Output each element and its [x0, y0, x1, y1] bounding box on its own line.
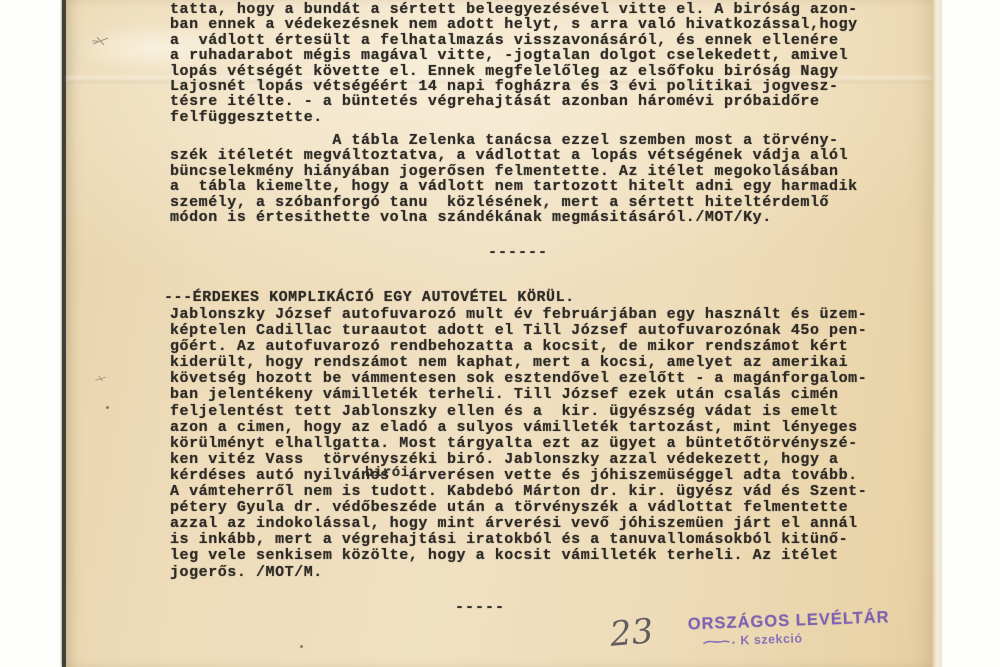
text-line: képtelen Cadillac turaautot adott el Til… — [170, 323, 867, 339]
text-line: a vádlott értesült a felhatalmazás vissz… — [170, 33, 858, 48]
text-line: a tábla kiemelte, hogy a vádlott nem tar… — [170, 179, 858, 194]
handwritten-page-number: 23 — [609, 614, 655, 652]
section-separator: ----- — [455, 600, 505, 615]
paragraph-tabla-decision: A tábla Zelenka tanácsa ezzel szemben mo… — [170, 133, 858, 225]
text-line: ban jelentékeny vámilleték terheli. Till… — [170, 387, 867, 403]
pencil-mark — [92, 34, 110, 46]
text-line: tésre itélte. - a büntetés végrehajtását… — [170, 94, 858, 109]
text-line: módon is értesithette volna szándékának … — [170, 210, 858, 225]
overtyped-word: birói — [365, 466, 410, 480]
text-line: azon a cimen, hogy az eladó a sulyos vám… — [170, 420, 867, 436]
text-line: feljelentést tett Jablonszky ellen és a … — [170, 404, 867, 420]
text-line: szék itéletét megváltoztatva, a vádlotta… — [170, 148, 858, 163]
text-line: ban ennek a védekezésnek nem adott helyt… — [170, 17, 858, 32]
text-line: gőért. Az autofuvarozó rendbehozatta a k… — [170, 339, 867, 355]
text-line: azzal az indokolással, hogy mint árverés… — [170, 516, 867, 532]
text-line: felfüggesztette. — [170, 110, 858, 125]
text-line: A vámteherről nem is tudott. Kabdebó Már… — [170, 484, 867, 500]
stamp-section-label: K szekció — [740, 631, 803, 647]
text-line: Jablonszky József autofuvarozó mult év f… — [170, 307, 867, 323]
text-line: jogerős. /MOT/M. — [170, 565, 867, 581]
article-heading: ---ÉRDEKES KOMPLIKÁCIÓ EGY AUTOVÉTEL KÖR… — [164, 290, 575, 305]
stamp-flourish-icon — [702, 636, 736, 647]
paragraph-court-ruling: tatta, hogy a bundát a sértett beleegyez… — [170, 2, 858, 125]
text-line: lopás vétségét követte el. Ennek megfele… — [170, 64, 858, 79]
ink-speck — [106, 406, 109, 409]
text-line: kérdéses autó nyilvános árverésen vette … — [170, 468, 867, 484]
paragraph-car-sale-case: Jablonszky József autofuvarozó mult év f… — [170, 307, 867, 581]
text-line: körülményt elhallgatta. Most tárgyalta e… — [170, 436, 867, 452]
text-line: is inkább, mert a végrehajtási iratokból… — [170, 532, 867, 548]
scanned-document-page: tatta, hogy a bundát a sértett beleegyez… — [0, 0, 1000, 667]
section-separator: ------ — [488, 245, 548, 260]
text-line: leg vele senkisem közölte, hogy a kocsit… — [170, 548, 867, 564]
typewritten-text: tatta, hogy a bundát a sértett beleegyez… — [170, 0, 910, 667]
archive-stamp: ORSZÁGOS LEVÉLTÁR K szekció — [687, 609, 878, 650]
text-line: kiderült, hogy rendszámot nem kaphat, me… — [170, 355, 867, 371]
pencil-mark — [94, 373, 108, 383]
text-line: a ruhadarabot mégis magával vitte, -jogt… — [170, 48, 858, 63]
text-line: büncselekmény hiányában jogerősen felmen… — [170, 164, 858, 179]
text-line: személy, a szóbanforgó tanu közlésének, … — [170, 195, 858, 210]
text-line: pétery Gyula dr. védőbeszéde után a törv… — [170, 500, 867, 516]
text-line: ken vitéz Vass törvényszéki biró. Jablon… — [170, 452, 867, 468]
paper-right-edge — [932, 0, 942, 667]
